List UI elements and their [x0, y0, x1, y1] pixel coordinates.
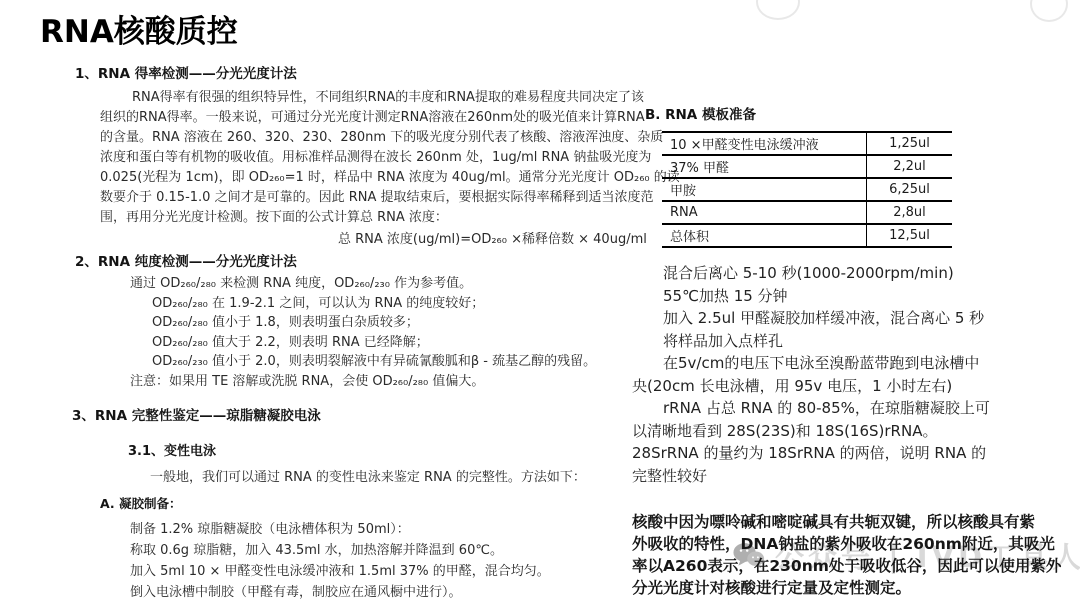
section-2-list: 通过 OD₂₆₀/₂₈₀ 来检测 RNA 纯度，OD₂₆₀/₂₃₀ 作为参考值。… [130, 274, 596, 392]
top-watermark-circle [756, 0, 800, 20]
protocol-step-line: 以清晰地看到 28S(23S)和 18S(16S)rRNA。 [632, 420, 990, 443]
subsection-3-1-heading: 3.1、变性电泳 [128, 440, 216, 459]
reagent-volume: 1,25ul [866, 133, 952, 154]
reagent-label: 总体积 [662, 226, 866, 245]
protocol-step-line: 加入 2.5ul 甲醛凝胶加样缓冲液，混合离心 5 秒 [632, 307, 990, 330]
protocol-step-line: 将样品加入点样孔 [632, 330, 990, 353]
paragraph-line: 组织的RNA得率。一般来说，可通过分光光度计测定RNA溶液在260nm处的吸光值… [100, 108, 680, 128]
protocol-step-line: 在5v/cm的电压下电泳至溴酚蓝带跑到电泳槽中 [632, 352, 990, 375]
uv-note-line: 分光光度计对核酸进行定量及定性测定。 [632, 577, 1080, 599]
electrophoresis-protocol: 混合后离心 5-10 秒(1000-2000rpm/min) 55℃加热 15 … [632, 262, 990, 487]
uv-absorption-note: 核酸中因为嘌呤碱和嘧啶碱具有共轭双键，所以核酸具有紫 外吸收的特性，DNA钠盐的… [632, 511, 1080, 599]
protocol-step-line: 完整性较好 [632, 465, 990, 488]
section-2-heading: 2、RNA 纯度检测——分光光度计法 [75, 250, 297, 270]
reagent-label: 37% 甲醛 [662, 157, 866, 176]
gel-prep-heading: A. 凝胶制备： [100, 494, 182, 512]
rna-template-heading: B. RNA 模板准备 [645, 103, 756, 123]
page-title: RNA核酸质控 [40, 6, 238, 51]
od-ratio-line: OD₂₆₀/₂₃₀ 值小于 2.0，则表明裂解液中有异硫氰酸胍和β - 巯基乙醇… [130, 352, 596, 372]
table-row: 10 ×甲醛变性电泳缓冲液 1,25ul [662, 133, 952, 156]
table-row: RNA 2,8ul [662, 202, 952, 225]
table-row: 总体积 12,5ul [662, 225, 952, 248]
od-ratio-line: OD₂₆₀/₂₈₀ 值大于 2.2，则表明 RNA 已经降解； [130, 333, 596, 353]
uv-note-line: 核酸中因为嘌呤碱和嘧啶碱具有共轭双键，所以核酸具有紫 [632, 511, 1080, 533]
rna-concentration-formula: 总 RNA 浓度(ug/ml)=OD₂₆₀ ×稀释倍数 × 40ug/ml [338, 228, 647, 247]
gel-step-line: 倒入电泳槽中制胶（甲醛有毒，制胶应在通风橱中进行）。 [130, 582, 550, 602]
reagent-volume: 2,8ul [866, 202, 952, 223]
protocol-step-line: rRNA 占总 RNA 的 80-85%，在琼脂糖凝胶上可 [632, 397, 990, 420]
top-watermark-circle [1030, 0, 1068, 22]
reagent-label: 10 ×甲醛变性电泳缓冲液 [662, 134, 866, 153]
od-ratio-line: 通过 OD₂₆₀/₂₈₀ 来检测 RNA 纯度，OD₂₆₀/₂₃₀ 作为参考值。 [130, 274, 596, 294]
denaturing-electrophoresis-intro: 一般地，我们可以通过 RNA 的变性电泳来鉴定 RNA 的完整性。方法如下： [150, 466, 586, 485]
gel-step-line: 制备 1.2% 琼脂糖凝胶（电泳槽体积为 50ml）： [130, 519, 550, 540]
section-3-heading: 3、RNA 完整性鉴定——琼脂糖凝胶电泳 [72, 404, 321, 424]
paragraph-line: RNA得率有很强的组织特异性，不同组织RNA的丰度和RNA提取的难易程度共同决定… [100, 88, 680, 108]
protocol-step-line: 混合后离心 5-10 秒(1000-2000rpm/min) [632, 262, 990, 285]
gel-step-line: 加入 5ml 10 × 甲醛变性电泳缓冲液和 1.5ml 37% 的甲醛，混合均… [130, 561, 550, 582]
paragraph-line: 围，再用分光光度计检测。按下面的公式计算总 RNA 浓度： [100, 208, 680, 228]
paragraph-line: 0.025(光程为 1cm)，即 OD₂₆₀=1 时，样品中 RNA 浓度为 4… [100, 168, 680, 188]
protocol-step-line: 28SrRNA 的量约为 18SrRNA 的两倍，说明 RNA 的 [632, 442, 990, 465]
protocol-step-line: 55℃加热 15 分钟 [632, 285, 990, 308]
reagent-volume: 6,25ul [866, 179, 952, 200]
gel-prep-steps: 制备 1.2% 琼脂糖凝胶（电泳槽体积为 50ml）： 称取 0.6g 琼脂糖，… [130, 519, 550, 602]
od-ratio-line: OD₂₆₀/₂₈₀ 在 1.9-2.1 之间，可以认为 RNA 的纯度较好； [130, 294, 596, 314]
section-1-heading: 1、RNA 得率检测——分光光度计法 [75, 62, 297, 82]
section-1-paragraph: RNA得率有很强的组织特异性，不同组织RNA的丰度和RNA提取的难易程度共同决定… [100, 88, 680, 228]
gel-step-line: 称取 0.6g 琼脂糖，加入 43.5ml 水，加热溶解并降温到 60℃。 [130, 540, 550, 561]
reagent-volume: 12,5ul [866, 225, 952, 246]
paragraph-line: 浓度和蛋白等有机物的吸收值。用标准样品测得在波长 260nm 处，1ug/ml … [100, 148, 680, 168]
uv-note-line: 外吸收的特性，DNA钠盐的紫外吸收在260nm附近，其吸光 [632, 533, 1080, 555]
paragraph-line: 数要介于 0.15-1.0 之间才是可靠的。因此 RNA 提取结束后，要根据实际… [100, 188, 680, 208]
uv-note-line: 率以A260表示，在230nm处于吸收低谷，因此可以使用紫外 [632, 555, 1080, 577]
reagent-label: RNA [662, 205, 866, 220]
paragraph-line: 的含量。RNA 溶液在 260、320、230、280nm 下的吸光度分别代表了… [100, 128, 680, 148]
reagent-label: 甲胺 [662, 180, 866, 199]
od-ratio-line: OD₂₆₀/₂₈₀ 值小于 1.8，则表明蛋白杂质较多； [130, 313, 596, 333]
protocol-step-line: 央(20cm 长电泳槽，用 95v 电压，1 小时左右) [632, 375, 990, 398]
te-note-line: 注意：如果用 TE 溶解或洗脱 RNA，会使 OD₂₆₀/₂₈₀ 值偏大。 [130, 372, 596, 392]
table-row: 甲胺 6,25ul [662, 179, 952, 202]
reagent-table: 10 ×甲醛变性电泳缓冲液 1,25ul 37% 甲醛 2,2ul 甲胺 6,2… [662, 131, 952, 248]
table-row: 37% 甲醛 2,2ul [662, 156, 952, 179]
reagent-volume: 2,2ul [866, 156, 952, 177]
